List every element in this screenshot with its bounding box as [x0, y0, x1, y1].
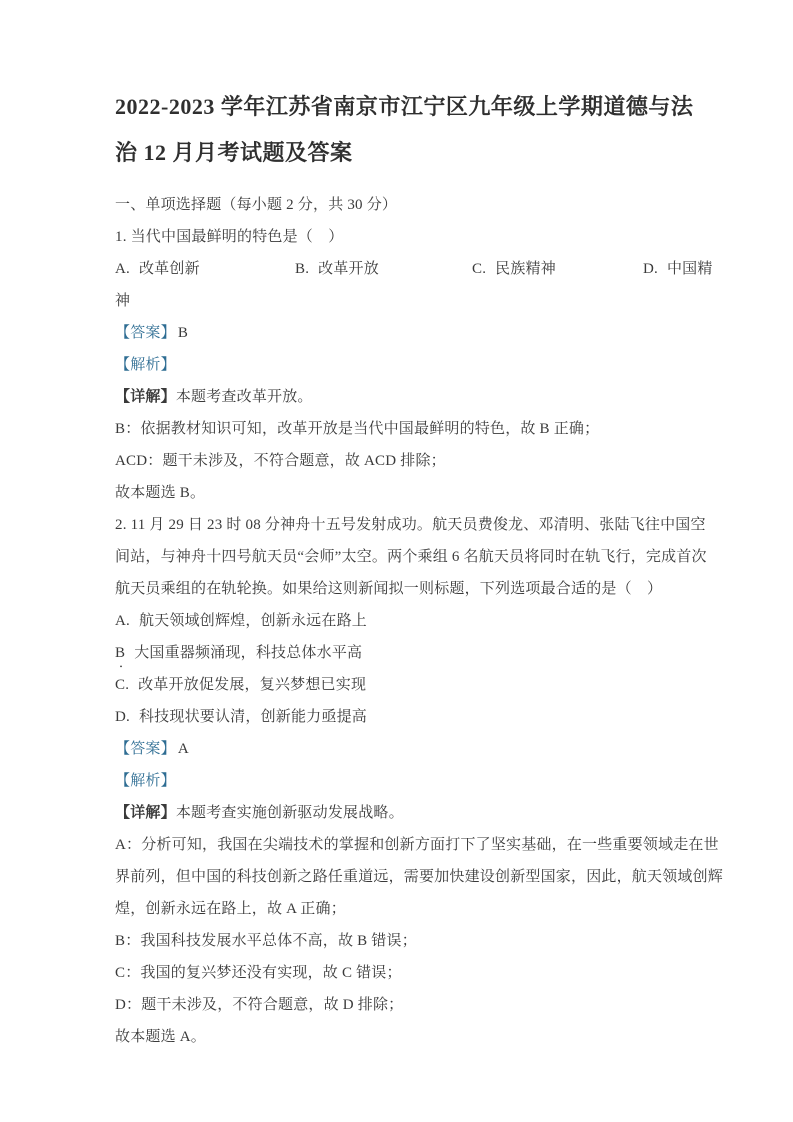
q1-option-d-label: D. [643, 261, 658, 277]
q2-option-d-text: 科技现状要认清，创新能力亟提高 [139, 709, 367, 725]
q2-stem-line-2: 间站，与神舟十四号航天员“会师”太空。两个乘组 6 名航天员将同时在轨飞行，完成… [115, 541, 681, 573]
q2-option-d-label: D. [115, 709, 130, 725]
q1-detail-row: 【详解】本题考查改革开放。 [115, 381, 681, 413]
q1-answer-letter: B [178, 325, 188, 341]
section-header: 一、单项选择题（每小题 2 分，共 30 分） [115, 189, 681, 221]
q1-option-d: D.中国精 [643, 253, 713, 285]
q1-option-c: C.民族精神 [472, 253, 556, 285]
q2-explanation-a-line-1: A：分析可知，我国在尖端技术的掌握和创新方面打下了坚实基础，在一些重要领域走在世 [115, 829, 681, 861]
q1-option-d-text: 中国精 [667, 261, 713, 277]
q2-explanation-d: D：题干未涉及，不符合题意，故 D 排除； [115, 989, 681, 1021]
page-title-line-1: 2022-2023 学年江苏省南京市江宁区九年级上学期道德与法 [115, 84, 681, 130]
q2-option-a-label: A. [115, 613, 130, 629]
q2-answer-letter: A [178, 741, 189, 757]
q1-detail-intro: 本题考查改革开放。 [176, 389, 313, 405]
q2-option-d: D.科技现状要认清，创新能力亟提高 [115, 701, 681, 733]
document-page: 2022-2023 学年江苏省南京市江宁区九年级上学期道德与法 治 12 月月考… [0, 0, 793, 1122]
q1-answer-row: 【答案】B [115, 317, 681, 349]
q1-option-b: B.改革开放 [295, 253, 379, 285]
q2-option-b: B大国重器频涌现，科技总体水平高 ． [115, 637, 681, 669]
q1-option-b-text: 改革开放 [318, 261, 379, 277]
q2-answer-row: 【答案】A [115, 733, 681, 765]
q2-stem-line-1: 2. 11 月 29 日 23 时 08 分神舟十五号发射成功。航天员费俊龙、邓… [115, 509, 681, 541]
page-title: 2022-2023 学年江苏省南京市江宁区九年级上学期道德与法 治 12 月月考… [115, 84, 681, 176]
q1-option-a-label: A. [115, 261, 130, 277]
q2-detail-row: 【详解】本题考查实施创新驱动发展战略。 [115, 797, 681, 829]
q2-explanation-a-line-2: 界前列，但中国的科技创新之路任重道远，需要加快建设创新型国家，因此，航天领域创辉 [115, 861, 681, 893]
q1-explanation-acd: ACD：题干未涉及，不符合题意，故 ACD 排除； [115, 445, 681, 477]
q2-explanation-c: C：我国的复兴梦还没有实现，故 C 错误； [115, 957, 681, 989]
q1-conclusion: 故本题选 B。 [115, 477, 681, 509]
q1-option-b-label: B. [295, 261, 309, 277]
q2-option-b-text: 大国重器频涌现，科技总体水平高 [134, 645, 362, 661]
page-title-line-2: 治 12 月月考试题及答案 [115, 130, 681, 176]
q1-option-c-text: 民族精神 [495, 261, 556, 277]
q2-option-c: C.改革开放促发展，复兴梦想已实现 [115, 669, 681, 701]
q2-option-a: A.航天领域创辉煌，创新永远在路上 [115, 605, 681, 637]
answer-marker: 【答案】 [115, 741, 176, 757]
q1-option-d-wrap: 神 [115, 285, 681, 317]
q1-option-a: A.改革创新 [115, 253, 200, 285]
q1-options-row: A.改革创新 B.改革开放 C.民族精神 D.中国精 [115, 253, 681, 285]
q2-explanation-a-line-3: 煌，创新永远在路上，故 A 正确； [115, 893, 681, 925]
q2-analysis-row: 【解析】 [115, 765, 681, 797]
q1-stem: 1. 当代中国最鲜明的特色是（ ） [115, 221, 681, 253]
q2-conclusion: 故本题选 A。 [115, 1021, 681, 1053]
q1-explanation-b: B：依据教材知识可知，改革开放是当代中国最鲜明的特色，故 B 正确； [115, 413, 681, 445]
q1-analysis-row: 【解析】 [115, 349, 681, 381]
q2-option-c-label: C. [115, 677, 129, 693]
q2-stem-line-3: 航天员乘组的在轨轮换。如果给这则新闻拟一则标题，下列选项最合适的是（ ） [115, 573, 681, 605]
q2-detail-intro: 本题考查实施创新驱动发展战略。 [176, 805, 404, 821]
stray-period-mark: ． [119, 656, 132, 669]
answer-marker: 【答案】 [115, 325, 176, 341]
detail-marker: 【详解】 [115, 805, 176, 821]
analysis-marker: 【解析】 [115, 773, 176, 789]
q2-option-a-text: 航天领域创辉煌，创新永远在路上 [139, 613, 367, 629]
q2-explanation-b: B：我国科技发展水平总体不高，故 B 错误； [115, 925, 681, 957]
detail-marker: 【详解】 [115, 389, 176, 405]
analysis-marker: 【解析】 [115, 357, 176, 373]
q2-option-c-text: 改革开放促发展，复兴梦想已实现 [138, 677, 366, 693]
q1-option-c-label: C. [472, 261, 486, 277]
q1-option-a-text: 改革创新 [139, 261, 200, 277]
